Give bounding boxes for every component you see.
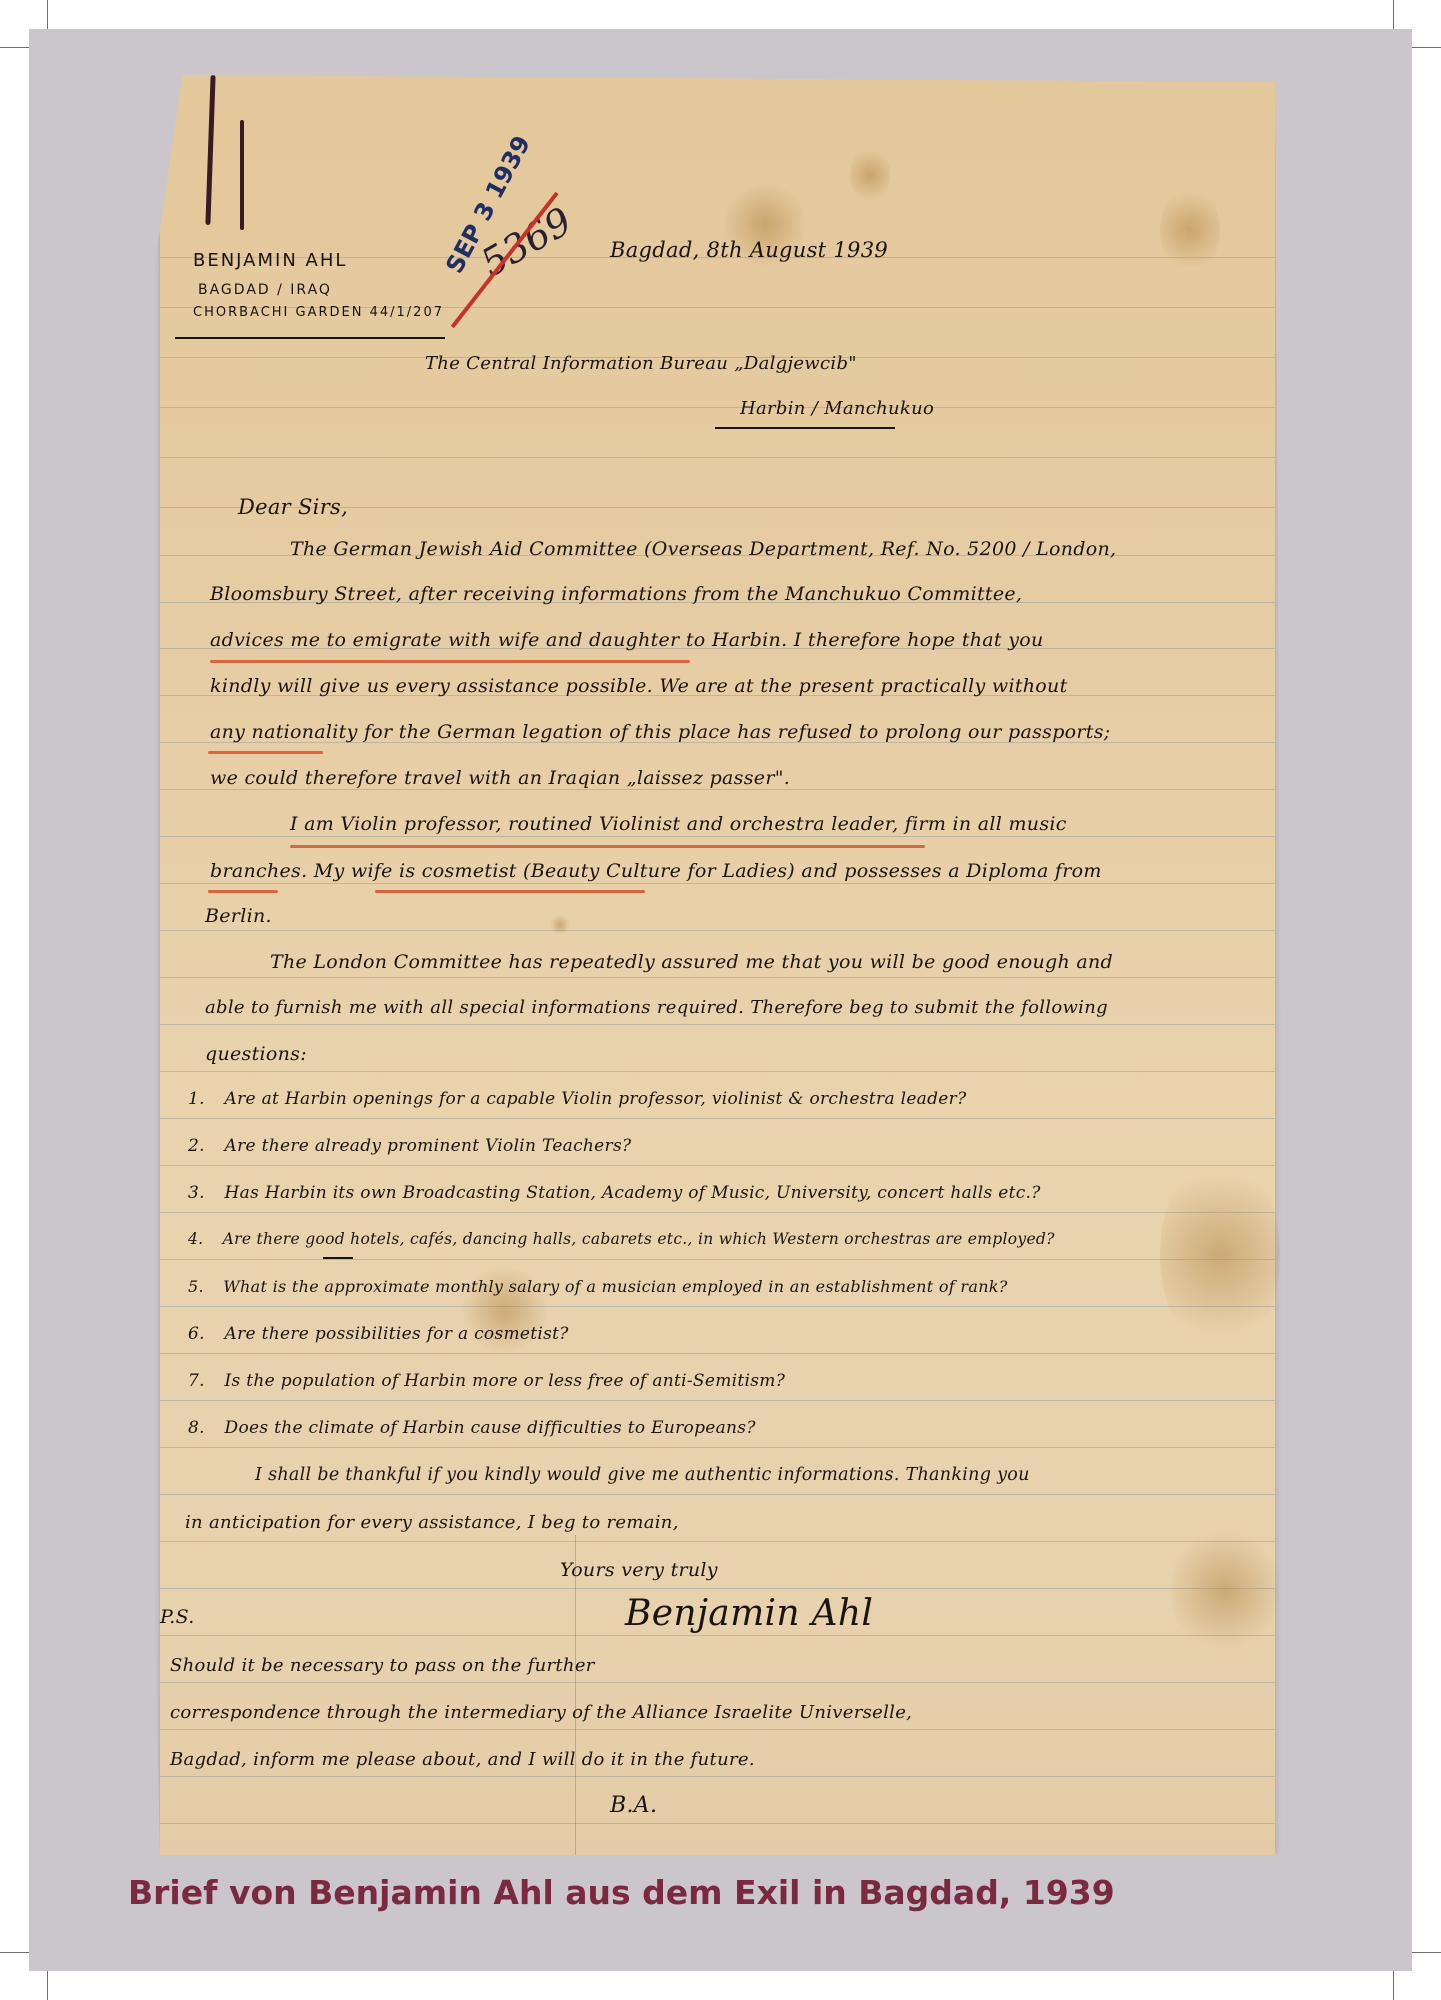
sender-name: BENJAMIN AHL	[193, 250, 347, 271]
caption: Brief von Benjamin Ahl aus dem Exil in B…	[128, 1873, 1115, 1912]
question-item: 3. Has Harbin its own Broadcasting Stati…	[188, 1183, 1041, 1203]
body-line: The German Jewish Aid Committee (Oversea…	[290, 538, 1116, 560]
body-line: kindly will give us every assistance pos…	[210, 675, 1068, 697]
body-line: branches. My wife is cosmetist (Beauty C…	[210, 860, 1102, 882]
crop-mark-top-right-v	[1393, 0, 1394, 32]
question-number: 7.	[188, 1371, 205, 1391]
red-underline	[210, 660, 690, 663]
sender-address: CHORBACHI GARDEN 44/1/207	[193, 305, 444, 320]
red-underline	[290, 845, 925, 848]
crop-mark-bottom-right-v	[1393, 1968, 1394, 2000]
question-number: 8.	[188, 1418, 205, 1438]
letter-paper: BENJAMIN AHL BAGDAD / IRAQ CHORBACHI GAR…	[160, 75, 1275, 1855]
place-and-date: Bagdad, 8th August 1939	[610, 238, 888, 262]
question-number: 4.	[188, 1230, 203, 1248]
question-text: Are there good hotels, cafés, dancing ha…	[223, 1230, 1055, 1248]
red-underline	[208, 890, 278, 893]
question-text: Is the population of Harbin more or less…	[225, 1371, 786, 1391]
question-item: 7. Is the population of Harbin more or l…	[188, 1371, 785, 1391]
question-text: Are there already prominent Violin Teach…	[225, 1136, 632, 1156]
question-item: 4. Are there good hotels, cafés, dancing…	[188, 1230, 1055, 1248]
body-line: questions:	[205, 1043, 307, 1065]
question-item: 1. Are at Harbin openings for a capable …	[188, 1089, 967, 1109]
question-text: Are at Harbin openings for a capable Vio…	[225, 1089, 967, 1109]
body-line: advices me to emigrate with wife and dau…	[210, 629, 1044, 651]
body-line: I am Violin professor, routined Violinis…	[290, 813, 1067, 835]
closing-line: I shall be thankful if you kindly would …	[255, 1465, 1030, 1485]
salutation: Dear Sirs,	[238, 495, 348, 519]
postscript-line: Should it be necessary to pass on the fu…	[170, 1655, 595, 1676]
body-line: we could therefore travel with an Iraqia…	[210, 767, 790, 789]
body-line: any nationality for the German legation …	[210, 721, 1111, 743]
question-number: 5.	[188, 1277, 204, 1296]
question-text: What is the approximate monthly salary o…	[223, 1277, 1007, 1296]
sender-underline	[175, 337, 445, 339]
recipient-underline	[715, 427, 895, 429]
margin-mark	[240, 120, 244, 230]
question-number: 1.	[188, 1089, 205, 1109]
margin-mark	[205, 75, 215, 225]
crop-mark-bottom-left-v	[47, 1968, 48, 2000]
question-item: 2. Are there already prominent Violin Te…	[188, 1136, 631, 1156]
postscript-line: Bagdad, inform me please about, and I wi…	[170, 1749, 755, 1770]
red-underline	[375, 890, 645, 893]
crop-mark-top-right-h	[1409, 47, 1441, 48]
question-item: 6. Are there possibilities for a cosmeti…	[188, 1324, 569, 1344]
question-number: 6.	[188, 1324, 205, 1344]
crop-mark-bottom-right-h	[1409, 1952, 1441, 1953]
question-item: 5. What is the approximate monthly salar…	[188, 1277, 1008, 1296]
recipient-line-1: The Central Information Bureau „Dalgjewc…	[425, 353, 857, 374]
closing-line: in anticipation for every assistance, I …	[185, 1512, 679, 1533]
body-line: The London Committee has repeatedly assu…	[270, 951, 1113, 973]
valediction: Yours very truly	[560, 1559, 718, 1581]
red-underline	[208, 751, 323, 754]
postscript-label: P.S.	[160, 1606, 195, 1628]
question-text: Has Harbin its own Broadcasting Station,…	[225, 1183, 1041, 1203]
crop-mark-top-left-h	[0, 47, 32, 48]
fold-line	[575, 1535, 576, 1855]
question-text: Does the climate of Harbin cause difficu…	[225, 1418, 756, 1438]
hotels-underline	[323, 1257, 353, 1259]
question-number: 3.	[188, 1183, 205, 1203]
postscript-line: correspondence through the intermediary …	[170, 1702, 912, 1723]
crop-mark-top-left-v	[47, 0, 48, 32]
recipient-line-2: Harbin / Manchukuo	[740, 398, 934, 419]
postscript-initials: B.A.	[610, 1793, 657, 1818]
sender-city: BAGDAD / IRAQ	[198, 282, 332, 298]
body-line: Bloomsbury Street, after receiving infor…	[210, 583, 1022, 605]
crop-mark-bottom-left-h	[0, 1952, 32, 1953]
question-item: 8. Does the climate of Harbin cause diff…	[188, 1418, 756, 1438]
signature: Benjamin Ahl	[625, 1593, 873, 1634]
body-line: Berlin.	[205, 905, 272, 927]
body-line: able to furnish me with all special info…	[205, 997, 1108, 1018]
question-number: 2.	[188, 1136, 205, 1156]
question-text: Are there possibilities for a cosmetist?	[225, 1324, 569, 1344]
